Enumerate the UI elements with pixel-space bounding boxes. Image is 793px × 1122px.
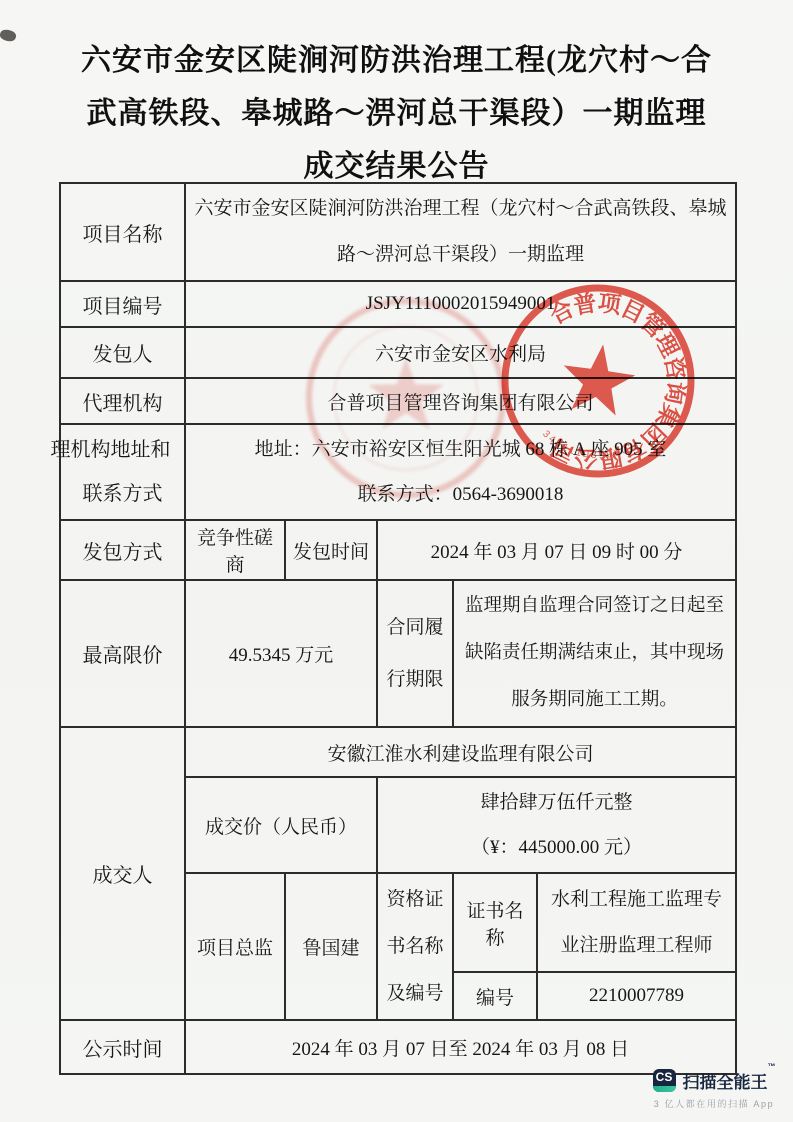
director-name: 鲁国建 xyxy=(285,873,377,1020)
method-label: 发包方式 xyxy=(60,520,185,580)
employer-value: 六安市金安区水利局 xyxy=(185,327,736,378)
director-label: 项目总监 xyxy=(185,873,285,1020)
winner-price-cn: 肆拾肆万伍仟元整 xyxy=(382,780,731,825)
table-row: 项目编号 JSJY1110002015949001 xyxy=(60,281,736,327)
table-row: 理机构地址和 联系方式 地址：六安市裕安区恒生阳光城 68 栋 A 座 905 … xyxy=(60,424,736,520)
cert-label: 资格证书名称及编号 xyxy=(377,873,453,1020)
title-line-1: 六安市金安区陡涧河防洪治理工程(龙穴村～合 xyxy=(40,34,753,87)
table-row: 发包人 六安市金安区水利局 xyxy=(60,327,736,378)
winner-company: 安徽江淮水利建设监理有限公司 xyxy=(185,727,736,777)
project-name-value: 六安市金安区陡涧河防洪治理工程（龙穴村～合武高铁段、皋城路～淠河总干渠段）一期监… xyxy=(185,183,736,281)
agency-contact-label-line1: 理机构地址和 xyxy=(41,428,180,472)
project-no-value: JSJY1110002015949001 xyxy=(185,281,736,327)
cert-no-value: 2210007789 xyxy=(537,972,736,1020)
duration-value: 监理期自监理合同签订之日起至缺陷责任期满结束止，其中现场服务期同施工工期。 xyxy=(453,580,736,727)
camscanner-app-name: 扫描全能王™ xyxy=(683,1068,776,1093)
duration-label: 合同履行期限 xyxy=(377,580,453,727)
agency-value: 合普项目管理咨询集团有限公司 xyxy=(185,378,736,424)
method-value: 竞争性磋商 xyxy=(185,520,285,580)
document-title: 六安市金安区陡涧河防洪治理工程(龙穴村～合 武高铁段、皋城路～淠河总干渠段）一期… xyxy=(40,34,753,193)
winner-label: 成交人 xyxy=(60,727,185,1020)
winner-price-num: （¥：445000.00 元） xyxy=(382,825,731,870)
max-price-value: 49.5345 万元 xyxy=(185,580,377,727)
trademark-mark: ™ xyxy=(768,1062,776,1071)
method-time-value: 2024 年 03 月 07 日 09 时 00 分 xyxy=(377,520,736,580)
employer-label: 发包人 xyxy=(60,327,185,378)
method-time-label: 发包时间 xyxy=(285,520,377,580)
agency-address: 地址：六安市裕安区恒生阳光城 68 栋 A 座 905 室 xyxy=(190,427,731,472)
agency-label: 代理机构 xyxy=(60,378,185,424)
camscanner-icon: CS xyxy=(653,1069,676,1092)
agency-phone: 联系方式：0564-3690018 xyxy=(190,472,731,517)
winner-price-label: 成交价（人民币） xyxy=(185,777,377,873)
table-row: 最高限价 49.5345 万元 合同履行期限 监理期自监理合同签订之日起至缺陷责… xyxy=(60,580,736,727)
cert-name-label: 证书名称 xyxy=(453,873,537,972)
table-row: 成交人 安徽江淮水利建设监理有限公司 xyxy=(60,727,736,777)
table-row: 代理机构 合普项目管理咨询集团有限公司 xyxy=(60,378,736,424)
publicity-label: 公示时间 xyxy=(60,1020,185,1074)
title-line-2: 武高铁段、皋城路～淠河总干渠段）一期监理 xyxy=(40,87,753,140)
max-price-label: 最高限价 xyxy=(60,580,185,727)
scan-artifact xyxy=(0,28,17,43)
announcement-table: 项目名称 六安市金安区陡涧河防洪治理工程（龙穴村～合武高铁段、皋城路～淠河总干渠… xyxy=(59,182,737,1075)
agency-contact-label-line2: 联系方式 xyxy=(65,472,180,516)
cert-name-value: 水利工程施工监理专业注册监理工程师 xyxy=(537,873,736,972)
publicity-value: 2024 年 03 月 07 日至 2024 年 03 月 08 日 xyxy=(185,1020,736,1074)
winner-price-value: 肆拾肆万伍仟元整 （¥：445000.00 元） xyxy=(377,777,736,873)
camscanner-watermark: CS 扫描全能王™ 3 亿人都在用的扫描 App xyxy=(649,1068,779,1110)
cert-no-label: 编号 xyxy=(453,972,537,1020)
camscanner-tagline: 3 亿人都在用的扫描 App xyxy=(654,1097,774,1110)
table-row: 公示时间 2024 年 03 月 07 日至 2024 年 03 月 08 日 xyxy=(60,1020,736,1074)
agency-contact-label: 理机构地址和 联系方式 xyxy=(60,424,185,520)
table-row: 项目名称 六安市金安区陡涧河防洪治理工程（龙穴村～合武高铁段、皋城路～淠河总干渠… xyxy=(60,183,736,281)
scanned-document-page: 六安市金安区陡涧河防洪治理工程(龙穴村～合 武高铁段、皋城路～淠河总干渠段）一期… xyxy=(0,0,793,1122)
table-row: 发包方式 竞争性磋商 发包时间 2024 年 03 月 07 日 09 时 00… xyxy=(60,520,736,580)
camscanner-icon-text: CS xyxy=(653,1070,676,1084)
project-no-label: 项目编号 xyxy=(60,281,185,327)
project-name-label: 项目名称 xyxy=(60,183,185,281)
agency-contact-value: 地址：六安市裕安区恒生阳光城 68 栋 A 座 905 室 联系方式：0564-… xyxy=(185,424,736,520)
